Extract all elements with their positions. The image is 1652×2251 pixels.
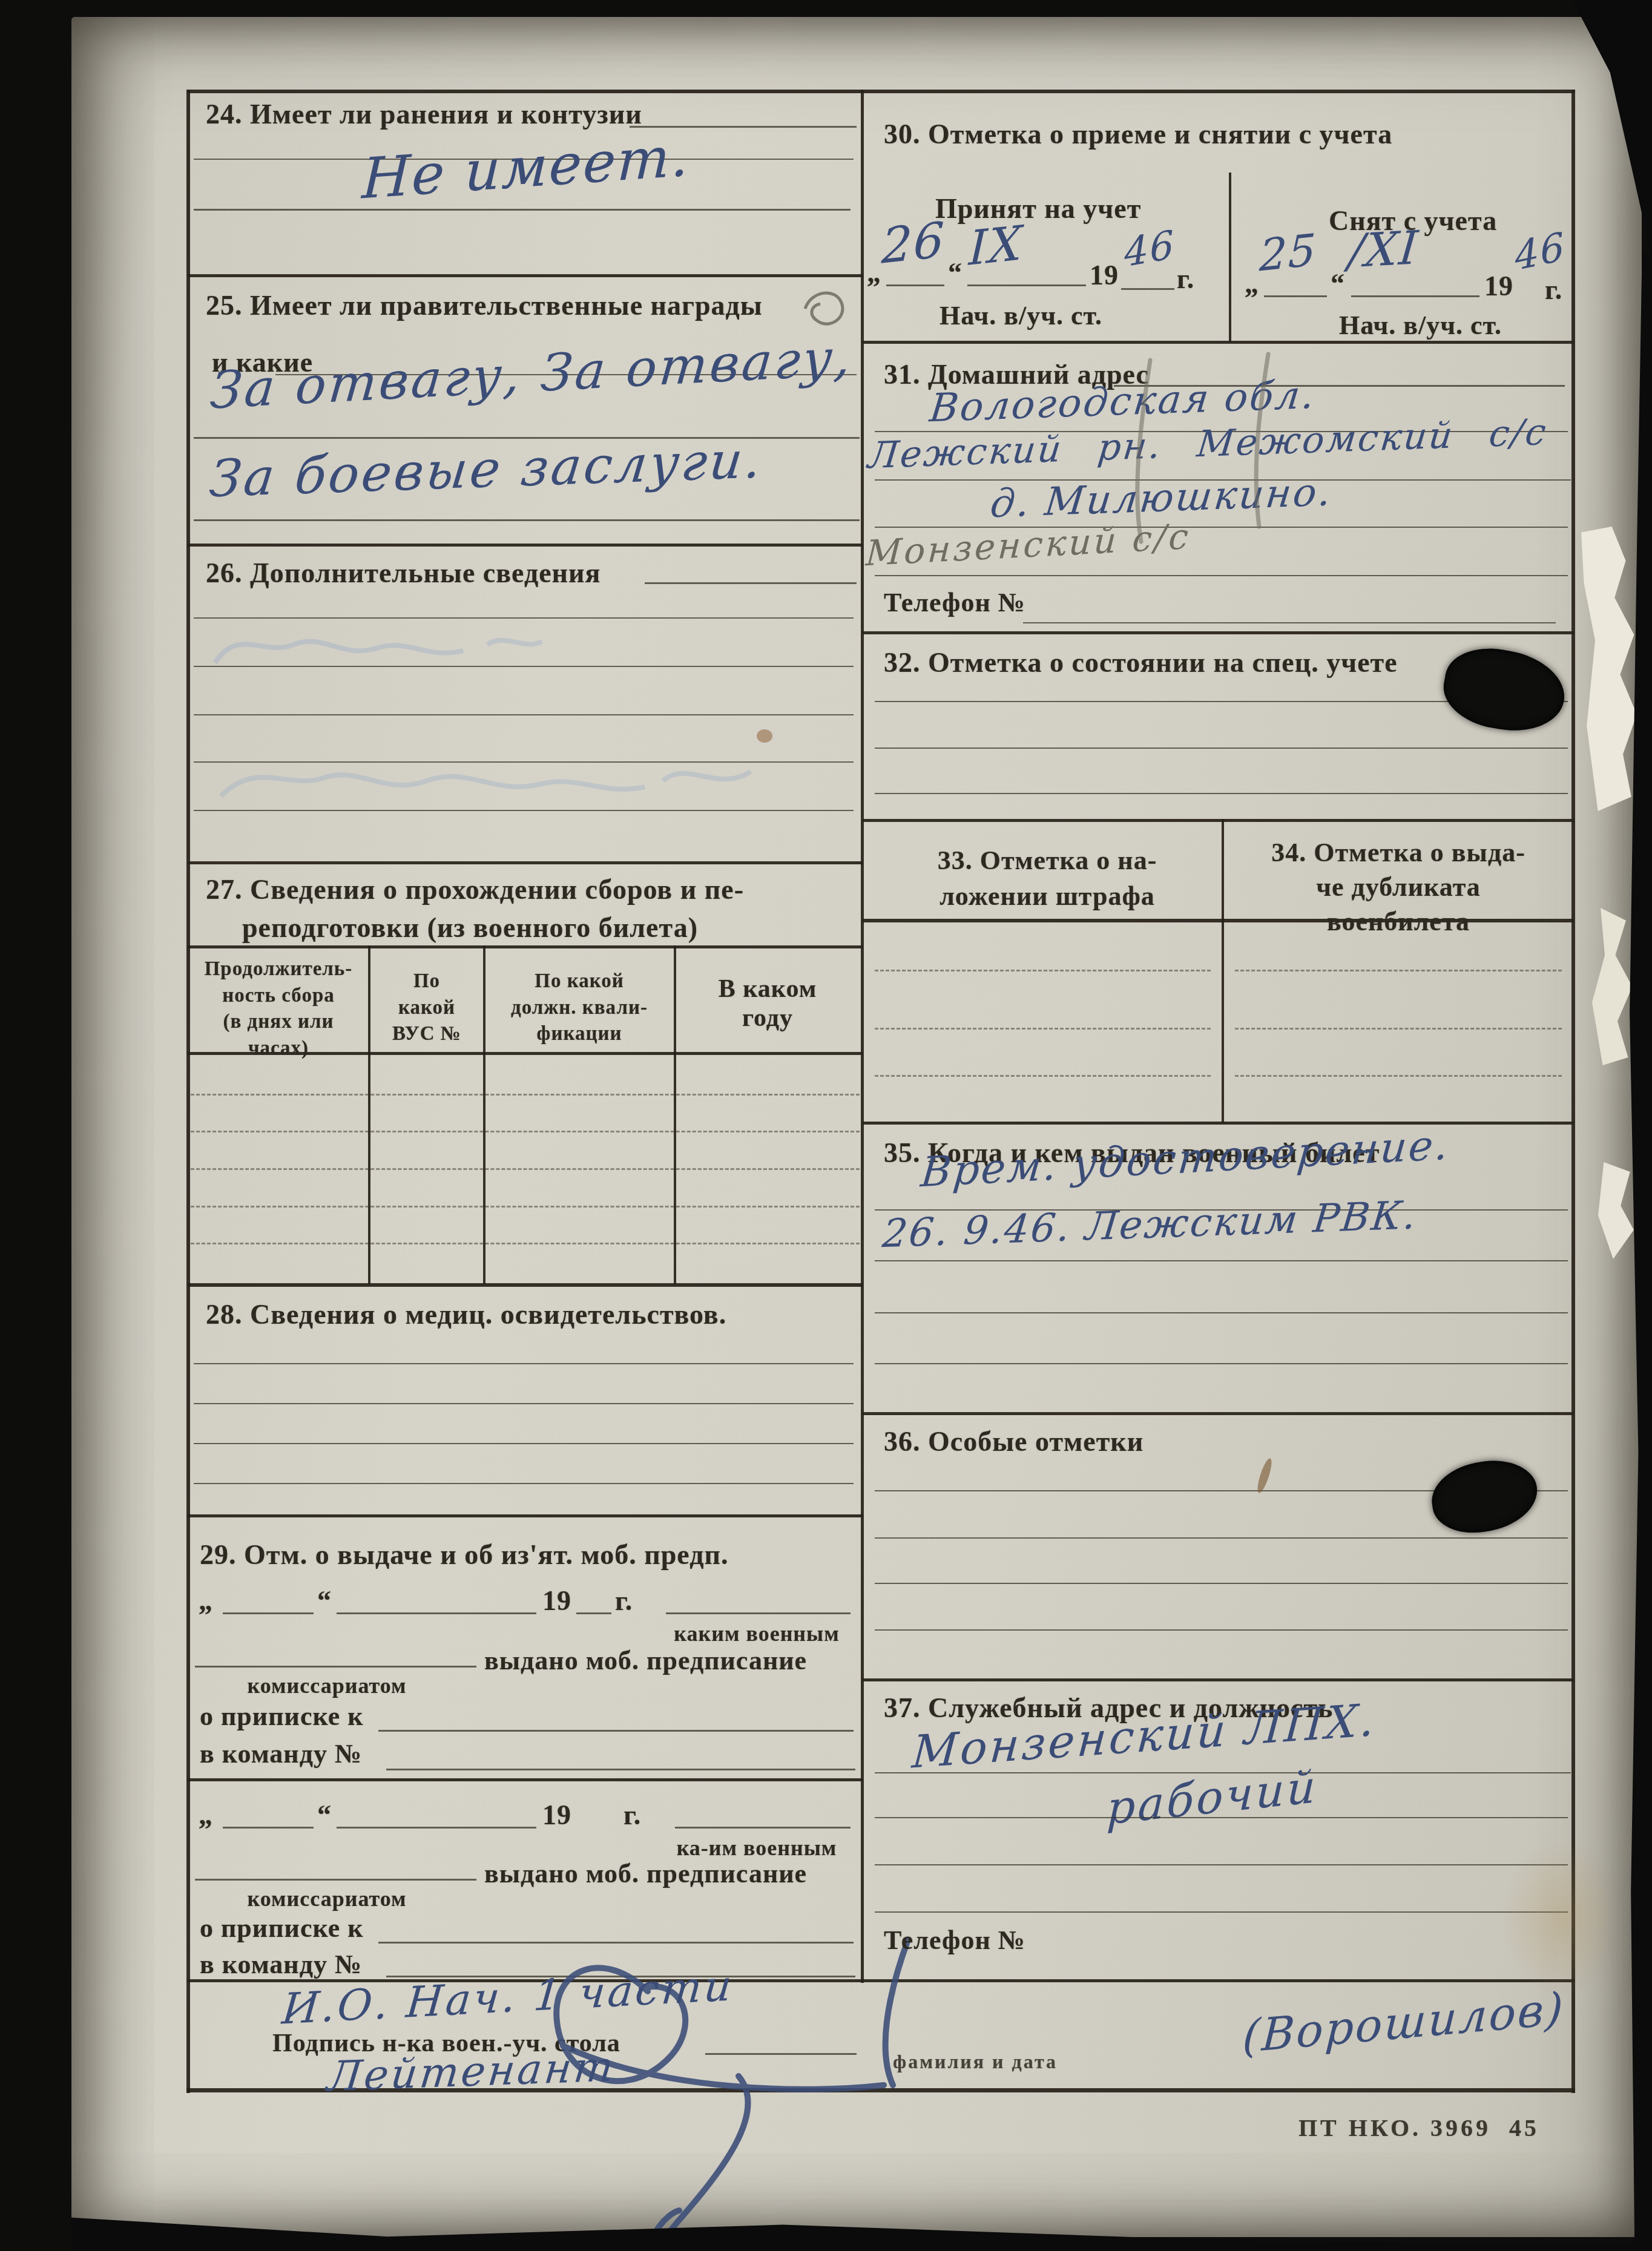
fill-line <box>337 1612 536 1614</box>
section-border <box>188 1514 863 1517</box>
year-19: 19 <box>542 1585 571 1617</box>
close-quote: “ <box>948 257 963 289</box>
fill-line <box>967 284 1086 286</box>
open-quote: „ <box>867 257 881 289</box>
caption-by-which-military: ка-им военным <box>654 1835 860 1861</box>
ruled-line <box>194 1403 854 1404</box>
close-quote: “ <box>317 1799 332 1831</box>
rust-spot <box>757 729 772 743</box>
section-border <box>188 861 863 864</box>
field-32-title: 32. Отметка о состоянии на спец. учете <box>884 646 1398 679</box>
section-border <box>863 631 1574 634</box>
field-29-title: 29. Отм. о выдаче и об из'ят. моб. предп… <box>200 1539 728 1571</box>
table-col-header-vus: По какой ВУС № <box>372 968 482 1048</box>
scanned-military-registration-card: { "colors":{"paper":"#d5d2c8","ink":"#3b… <box>0 0 1652 2251</box>
ruled-line <box>1235 970 1562 971</box>
hw-accepted-month: IX <box>968 216 1024 277</box>
ruled-line <box>194 1483 854 1484</box>
fill-line <box>1351 295 1479 297</box>
field-24-title: 24. Имеет ли ранения и контузии <box>206 98 642 130</box>
section-border <box>188 544 863 547</box>
divider-30 <box>1229 173 1231 342</box>
field-27-title-2: реподготовки (из военного билета) <box>242 912 698 944</box>
frame-left-border <box>186 90 190 2093</box>
hw-removed-month: /XI <box>1346 220 1421 278</box>
field-33-title: 33. Отметка о на- ложении штрафа <box>878 843 1217 915</box>
ruled-line <box>875 1629 1568 1631</box>
close-quote: “ <box>1331 268 1345 300</box>
fill-line <box>645 582 857 584</box>
caption-commissariat: комиссариатом <box>227 1886 427 1911</box>
year-19: 19 <box>1090 259 1119 291</box>
year-g: г. <box>615 1585 633 1617</box>
table-column-divider <box>674 945 676 1284</box>
fill-line <box>1264 295 1327 297</box>
ruled-line <box>875 1363 1568 1364</box>
ruled-line <box>875 1312 1568 1313</box>
year-19: 19 <box>542 1799 571 1831</box>
ruled-line <box>875 1260 1568 1261</box>
open-quote: „ <box>1245 268 1259 300</box>
field-25-title: 25. Имеет ли правительственные награды <box>206 289 763 321</box>
caption-by-which-military: каким военным <box>654 1621 860 1646</box>
label-team-no: в команду № <box>200 1738 362 1769</box>
ruled-line <box>194 1363 854 1364</box>
fill-line <box>675 1827 851 1829</box>
year-19: 19 <box>1484 270 1513 302</box>
label-team-no: в команду № <box>200 1949 362 1980</box>
field-28-title: 28. Сведения о медиц. освидетельствов. <box>206 1298 726 1330</box>
open-quote: „ <box>199 1585 213 1617</box>
ruled-line <box>875 1817 1568 1818</box>
section-border <box>863 1122 1574 1125</box>
label-phone: Телефон № <box>884 587 1025 618</box>
table-column-divider <box>368 945 370 1284</box>
faded-handwriting <box>203 602 651 687</box>
signature-ink <box>466 1931 963 2251</box>
year-g: г. <box>1545 274 1562 306</box>
ruled-line <box>875 970 1211 971</box>
ruled-line <box>875 1911 1568 1913</box>
section-border <box>863 341 1574 344</box>
ruled-line <box>875 1864 1568 1865</box>
label-issued-mob: выдано моб. предписание <box>484 1858 807 1889</box>
ruled-line <box>1235 1028 1562 1030</box>
faded-handwriting <box>203 723 778 832</box>
fill-line <box>223 1612 314 1614</box>
ruled-line <box>194 519 860 521</box>
fill-line <box>576 1612 611 1614</box>
fill-line <box>223 1827 314 1829</box>
fill-line <box>386 1769 855 1770</box>
ruled-line <box>875 748 1568 749</box>
ruled-line <box>194 209 851 211</box>
table-column-divider <box>483 945 485 1284</box>
year-g: г. <box>624 1799 641 1831</box>
frame-right-border <box>1571 90 1575 2093</box>
label-chief-removed: Нач. в/уч. ст. <box>1339 310 1502 341</box>
hw-removed-day: 25 <box>1259 224 1318 281</box>
table-col-header-qualification: По какой должн. квали- фикации <box>487 968 672 1048</box>
ruled-line <box>875 1075 1211 1077</box>
fill-line <box>1121 288 1174 290</box>
hw-accepted-year: 46 <box>1124 222 1176 277</box>
divider-33-34 <box>1222 819 1224 1123</box>
frame-top-border <box>188 90 1575 93</box>
year-g: г. <box>1177 263 1194 295</box>
table-bottom-border <box>188 1283 863 1287</box>
print-code: ПТ НКО. 3969 45 <box>1298 2114 1539 2142</box>
field-27-title-1: 27. Сведения о прохождении сборов и пе- <box>206 873 744 905</box>
ruled-line <box>875 793 1568 794</box>
ink-swirl <box>799 284 854 333</box>
column-divider <box>861 90 864 1983</box>
label-chief-accepted: Нач. в/уч. ст. <box>940 300 1102 331</box>
ruled-line <box>194 1443 854 1444</box>
label-attach-to: о приписке к <box>200 1913 364 1944</box>
label-issued-mob: выдано моб. предписание <box>484 1645 807 1676</box>
strike-marks <box>1114 354 1398 548</box>
close-quote: “ <box>317 1585 332 1617</box>
section-border <box>188 1778 863 1781</box>
ruled-line <box>875 1028 1211 1030</box>
fill-line <box>195 1879 476 1881</box>
table-col-header-duration: Продолжитель- ность сбора (в днях или ча… <box>191 956 366 1062</box>
label-phone: Телефон № <box>884 1925 1025 1956</box>
fill-line <box>195 1666 476 1668</box>
fill-line <box>337 1827 536 1829</box>
hw-accepted-day: 26 <box>881 211 946 275</box>
open-quote: „ <box>199 1799 213 1831</box>
table-row-line <box>191 1131 860 1132</box>
stain-yellow <box>1501 1840 1622 1997</box>
table-top-border <box>188 945 863 948</box>
section-border <box>188 274 863 277</box>
section-border <box>863 1412 1574 1415</box>
table-row-line <box>191 1168 860 1170</box>
section-border <box>863 819 1574 822</box>
ruled-line <box>875 575 1568 576</box>
field-36-title: 36. Особые отметки <box>884 1425 1144 1457</box>
ruled-line <box>194 714 854 715</box>
field-26-title: 26. Дополнительные сведения <box>206 557 601 589</box>
fill-line <box>666 1612 851 1614</box>
table-row-line <box>191 1243 860 1244</box>
label-attach-to: о приписке к <box>200 1701 364 1732</box>
caption-commissariat: комиссариатом <box>227 1673 427 1698</box>
field-30-title: 30. Отметка о приеме и снятии с учета <box>884 118 1392 150</box>
field-34-title: 34. Отметка о выда- че дубликата военбил… <box>1232 835 1565 939</box>
section-border <box>863 1678 1574 1681</box>
ruled-line <box>1023 622 1556 623</box>
label-accepted: Принят на учет <box>935 192 1141 225</box>
fill-line <box>378 1730 854 1732</box>
table-col-header-year: В каком году <box>678 974 857 1033</box>
fill-line <box>886 284 944 286</box>
table-row-line <box>191 1094 860 1096</box>
table-row-line <box>191 1206 860 1208</box>
ruled-line <box>875 1583 1568 1584</box>
ruled-line <box>875 1537 1568 1539</box>
ruled-line <box>1235 1075 1562 1077</box>
